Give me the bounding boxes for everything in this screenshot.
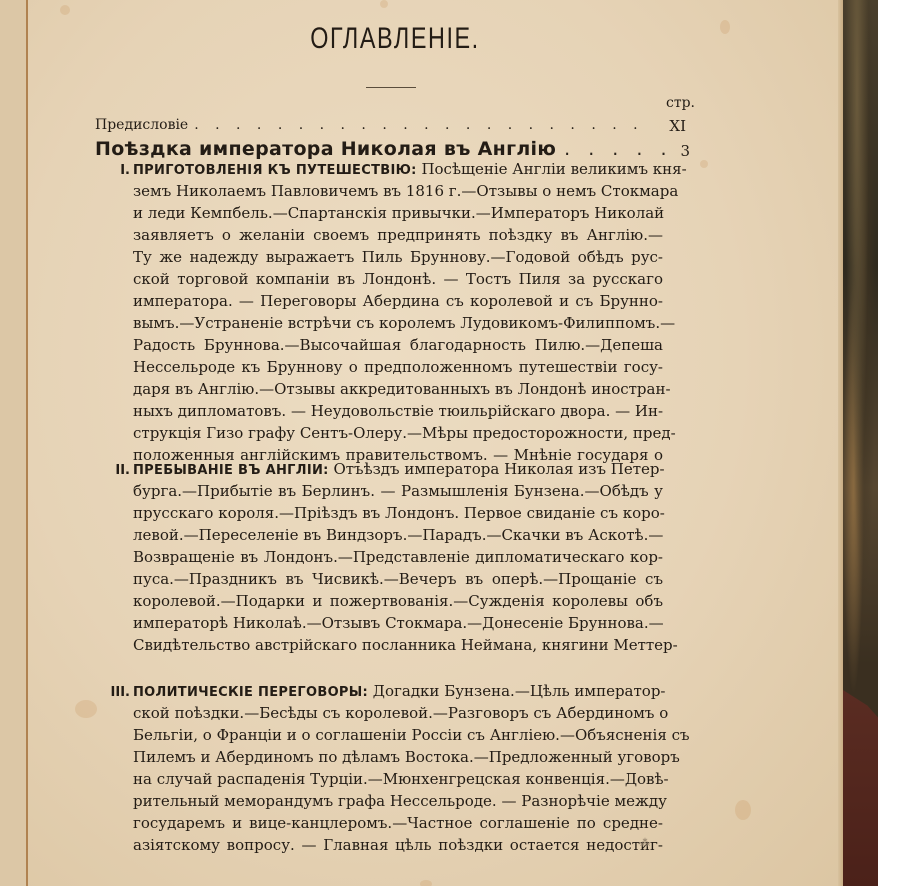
- section-text-line: Ту же надежду выражаетъ Пиль Бруннову.—Г…: [133, 248, 663, 266]
- section-text: Догадки Бунзена.—Цѣль император-: [373, 682, 666, 700]
- toc-entry-label: Предисловіе: [95, 117, 188, 133]
- section-text-line: императорѣ Николаѣ.—Отзывъ Стокмара.—Дон…: [133, 614, 663, 632]
- foxing-spot: [380, 0, 388, 8]
- section-text-line: рительный меморандумъ графа Нессельроде.…: [133, 792, 663, 810]
- section-text-line: королевой.—Подарки и пожертвованія.—Сужд…: [133, 592, 663, 610]
- section-heading-line[interactable]: ПРЕБЫВАНІЕ ВЪ АНГЛІИ: Отъѣздъ императора…: [133, 460, 663, 478]
- section-text-line: Свидѣтельство австрійскаго посланника Не…: [133, 636, 663, 654]
- page-number: XI: [656, 117, 686, 135]
- section-text-line: Нессельроде къ Бруннову о предположенном…: [133, 358, 663, 376]
- dot-leader: . . . . .: [564, 138, 672, 160]
- section-text-line: левой.—Переселеніе въ Виндзоръ.—Парадъ.—…: [133, 526, 663, 544]
- toc-entry-label: Поѣздка императора Николая въ Англію: [95, 138, 556, 160]
- ornament-mark: ⁂: [640, 838, 650, 849]
- foxing-spot: [700, 160, 708, 168]
- page-title: ОГЛАВЛЕНІЕ.: [87, 22, 703, 56]
- section-text-line: земъ Николаемъ Павловичемъ въ 1816 г.—От…: [133, 182, 663, 200]
- section-numeral: III.: [100, 685, 130, 700]
- section-text-line: вымъ.—Устраненіе встрѣчи съ королемъ Луд…: [133, 314, 663, 332]
- section-text-line: пуса.—Праздникъ въ Чисвикѣ.—Вечеръ въ оп…: [133, 570, 663, 588]
- section-heading-line[interactable]: ПОЛИТИЧЕСКІЕ ПЕРЕГОВОРЫ: Догадки Бунзена…: [133, 682, 663, 700]
- foxing-spot: [720, 20, 730, 34]
- gutter-fold-line: [26, 0, 28, 886]
- toc-entry-preface[interactable]: Предисловіе . . . . . . . . . . . . . . …: [95, 117, 655, 133]
- leather-binding-corner: [843, 690, 878, 886]
- section-text-line: прусскаго короля.—Пріѣздъ въ Лондонъ. Пе…: [133, 504, 663, 522]
- section-text-line: ныхъ дипломатовъ. — Неудовольствіе тюиль…: [133, 402, 663, 420]
- page-number: 3: [666, 142, 690, 160]
- section-numeral: I.: [104, 163, 130, 178]
- foxing-spot: [75, 700, 97, 718]
- page-column-header: стр.: [666, 95, 695, 111]
- section-heading: ПОЛИТИЧЕСКІЕ ПЕРЕГОВОРЫ:: [133, 685, 368, 700]
- section-text-line: государемъ и вице-канцлеромъ.—Частное со…: [133, 814, 663, 832]
- foxing-spot: [735, 800, 751, 820]
- section-text-line: императора. — Переговоры Абердина съ кор…: [133, 292, 663, 310]
- section-text-line: Радость Бруннова.—Высочайшая благодарнос…: [133, 336, 663, 354]
- section-text-line: ской поѣздки.—Бесѣды съ королевой.—Разго…: [133, 704, 663, 722]
- section-text-line: струкція Гизо графу Сентъ-Олеру.—Мѣры пр…: [133, 424, 663, 442]
- section-text-line: ской торговой компаніи въ Лондонѣ. — Тос…: [133, 270, 663, 288]
- section-text-line: заявляетъ о желаніи своемъ предпринять п…: [133, 226, 663, 244]
- section-text-line: Пилемъ и Абердиномъ по дѣламъ Востока.—П…: [133, 748, 663, 766]
- title-divider: [366, 87, 416, 88]
- section-text: Посѣщеніе Англіи великимъ кня-: [421, 160, 686, 178]
- section-text-line: на случай распаденія Турціи.—Мюнхенгрецс…: [133, 770, 663, 788]
- section-numeral: II.: [104, 463, 130, 478]
- section-text: Отъѣздъ императора Николая изъ Петер-: [333, 460, 664, 478]
- section-text-line: Бельгіи, о Франціи и о соглашеніи Россіи…: [133, 726, 663, 744]
- section-heading: ПРИГОТОВЛЕНІЯ КЪ ПУТЕШЕСТВІЮ:: [133, 163, 417, 178]
- left-page-edge: [0, 0, 26, 886]
- toc-entry-main[interactable]: Поѣздка императора Николая въ Англію . .…: [95, 138, 655, 160]
- section-heading-line[interactable]: ПРИГОТОВЛЕНІЯ КЪ ПУТЕШЕСТВІЮ: Посѣщеніе …: [133, 160, 663, 178]
- section-text-line: и леди Кемпбель.—Спартанскія привычки.—И…: [133, 204, 663, 222]
- section-text-line: Возвращеніе въ Лондонъ.—Представленіе ди…: [133, 548, 663, 566]
- section-heading: ПРЕБЫВАНІЕ ВЪ АНГЛІИ:: [133, 463, 329, 478]
- foxing-spot: [420, 880, 432, 886]
- section-text-line: даря въ Англію.—Отзывы аккредитованныхъ …: [133, 380, 663, 398]
- dot-leader: . . . . . . . . . . . . . . . . . . . . …: [194, 117, 649, 133]
- section-text-line: бурга.—Прибытіе въ Берлинъ. — Размышлені…: [133, 482, 663, 500]
- foxing-spot: [60, 5, 70, 15]
- section-text-line: азіятскому вопросу. — Главная цѣль поѣзд…: [133, 836, 663, 854]
- book-page: ОГЛАВЛЕНІЕ. стр. Предисловіе . . . . . .…: [0, 0, 843, 886]
